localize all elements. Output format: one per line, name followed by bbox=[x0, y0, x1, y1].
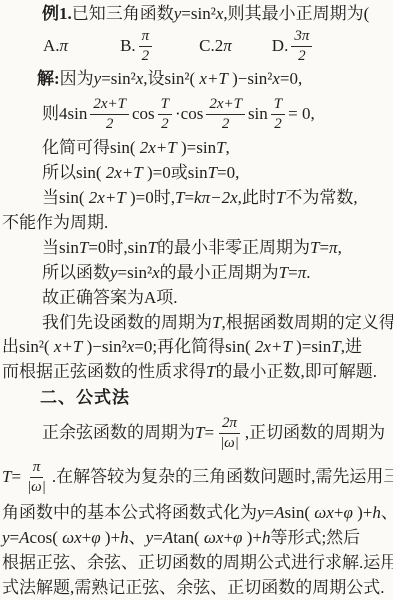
text-run: =sin² bbox=[101, 70, 136, 89]
text-run: )+ bbox=[101, 529, 121, 548]
fraction-numerator: π bbox=[139, 28, 153, 47]
math-variable: y bbox=[94, 70, 102, 89]
math-variable: y bbox=[146, 529, 154, 548]
text-run: = bbox=[265, 504, 275, 523]
text-run: =0时,sin bbox=[88, 239, 147, 258]
text-run: 、 bbox=[129, 529, 146, 548]
text-run: 不能作为周期. bbox=[2, 214, 108, 233]
text-run: = bbox=[288, 264, 298, 283]
fraction: π2 bbox=[139, 28, 153, 65]
fraction: 2x+T2 bbox=[90, 96, 129, 133]
text-run: = bbox=[319, 239, 329, 258]
option-spacer bbox=[155, 46, 199, 47]
math-variable: h bbox=[120, 529, 129, 548]
math-variable: T bbox=[79, 239, 88, 258]
options-row: A.πB.π2C.2πD.3π2 bbox=[0, 26, 393, 66]
body-line: T=π|ω|.在解答较为复杂的三角函数问题时,需先运用三 bbox=[0, 455, 393, 500]
math-variable: ωx bbox=[204, 529, 224, 548]
fraction-numerator: T bbox=[158, 96, 172, 115]
text-run: )=sin bbox=[292, 338, 331, 357]
math-variable: x+T bbox=[199, 70, 227, 89]
text-run: ,进 bbox=[341, 338, 362, 357]
text-run: =sin² bbox=[118, 264, 153, 283]
fraction: 2π|ω| bbox=[217, 415, 242, 452]
fraction-denominator: 2 bbox=[271, 115, 285, 133]
math-variable: A bbox=[274, 504, 284, 523]
math-variable: kπ−2x bbox=[194, 189, 238, 208]
text-run: )+ bbox=[353, 504, 373, 523]
body-line: 角函数中的基本公式将函数式化为y=Asin( ωx+φ )+h、 bbox=[0, 500, 393, 526]
solution-equation-line: 则4sin2x+T2cosT2·cos2x+T2sinT2= 0, bbox=[0, 92, 393, 136]
fraction: 3π2 bbox=[291, 28, 312, 65]
solution-line: 解:因为y=sin²x,设sin²( x+T )−sin²x=0, bbox=[0, 66, 393, 92]
math-variable: T bbox=[279, 264, 288, 283]
math-variable: h bbox=[262, 529, 271, 548]
text-run: ,根据函数周期的定义得 bbox=[221, 314, 393, 333]
math-variable: π bbox=[329, 239, 338, 258]
math-variable: y bbox=[2, 529, 10, 548]
text-run: 因为 bbox=[60, 70, 94, 89]
text-run: 故正确答案为A项. bbox=[42, 289, 178, 308]
math-variable: A bbox=[163, 529, 173, 548]
math-variable: T bbox=[175, 189, 184, 208]
math-variable: A bbox=[19, 529, 29, 548]
text-run: 不为常数, bbox=[285, 189, 357, 208]
emphasis-text: 解: bbox=[37, 70, 60, 89]
solution-line: 所以sin( 2x+T )=0或sinT=0, bbox=[0, 161, 393, 186]
math-variable: x bbox=[272, 70, 280, 89]
math-variable: φ bbox=[91, 529, 100, 548]
math-variable: T bbox=[208, 164, 217, 183]
text-run: ·cos bbox=[175, 105, 203, 124]
text-run: cos( bbox=[30, 529, 63, 548]
fraction-numerator: 2x+T bbox=[206, 96, 245, 115]
fraction: T2 bbox=[271, 96, 285, 133]
text-run: 的最小正数,即可解题. bbox=[215, 363, 377, 382]
solution-line: 当sin( 2x+T )=0时,T=kπ−2x,此时T不为常数, bbox=[0, 186, 393, 211]
text-run: =0, bbox=[217, 164, 239, 183]
text-run: = bbox=[10, 529, 20, 548]
math-variable: T bbox=[206, 363, 215, 382]
text-run: =sin² bbox=[181, 5, 216, 24]
math-variable: π bbox=[223, 37, 232, 56]
text-run: ,正切函数的周期为 bbox=[245, 424, 385, 443]
math-variable: 2x+T bbox=[106, 164, 143, 183]
fraction-denominator: |ω| bbox=[24, 478, 49, 496]
text-run: = bbox=[184, 189, 194, 208]
document-body: 例1.已知三角函数y=sin²x,则其最小正周期为( ).A.πB.π2C.2π… bbox=[0, 2, 393, 600]
math-variable: φ bbox=[233, 529, 242, 548]
text-run: , bbox=[226, 139, 230, 158]
text-run: 所以函数 bbox=[42, 264, 110, 283]
text-run: C.2 bbox=[199, 37, 223, 56]
text-run: sin bbox=[248, 105, 268, 124]
fraction: π|ω| bbox=[24, 459, 49, 496]
text-run: cos bbox=[132, 105, 155, 124]
solution-line: 所以函数y=sin²x的最小正周期为T=π. bbox=[0, 261, 393, 286]
text-run: 则4sin bbox=[42, 105, 87, 124]
math-variable: T bbox=[276, 189, 285, 208]
math-variable: x bbox=[136, 70, 144, 89]
fraction-denominator: 2 bbox=[139, 47, 153, 65]
text-run: 当sin( bbox=[42, 189, 89, 208]
text-run: 的最小非零正周期为 bbox=[157, 239, 310, 258]
text-run: 根据正弦、余弦、正切函数的周期公式进行求解.运用公 bbox=[2, 554, 393, 573]
text-run: B. bbox=[120, 37, 136, 56]
text-run: 而根据正弦函数的性质求得 bbox=[2, 363, 206, 382]
text-run: ,设sin²( bbox=[143, 70, 199, 89]
math-variable: x bbox=[216, 5, 224, 24]
math-variable: x bbox=[152, 264, 160, 283]
text-run: )=0时, bbox=[126, 189, 175, 208]
fraction-numerator: π bbox=[30, 459, 44, 478]
text-run: tan( bbox=[173, 529, 204, 548]
solution-conclusion-line: 故正确答案为A项. bbox=[0, 286, 393, 311]
text-run: 的最小正周期为 bbox=[160, 264, 279, 283]
body-line: 式法解题,需熟记正弦、余弦、正切函数的周期公式. bbox=[0, 576, 393, 600]
text-run: + bbox=[334, 504, 344, 523]
body-line: 根据正弦、余弦、正切函数的周期公式进行求解.运用公 bbox=[0, 551, 393, 576]
text-run: . bbox=[306, 264, 310, 283]
text-run: )=sin bbox=[177, 139, 216, 158]
text-run: )=0或sin bbox=[143, 164, 208, 183]
fraction-numerator: 2π bbox=[219, 415, 240, 434]
text-run: 已知三角函数 bbox=[72, 5, 174, 24]
text-run: 、 bbox=[381, 504, 393, 523]
math-variable: T bbox=[2, 468, 11, 487]
fraction-denominator: 2 bbox=[295, 47, 309, 65]
text-run: A. bbox=[43, 37, 60, 56]
text-run: sin( bbox=[285, 504, 315, 523]
text-run: 正余弦函数的周期为 bbox=[42, 424, 195, 443]
math-variable: 2x+T bbox=[140, 139, 177, 158]
text-run: + bbox=[223, 529, 233, 548]
text-run: 我们先设函数的周期为 bbox=[42, 314, 212, 333]
section-heading: 二、公式法 bbox=[0, 385, 393, 411]
text-run: 角函数中的基本公式将函数式化为 bbox=[2, 504, 257, 523]
text-run: =0, bbox=[280, 70, 302, 89]
option-spacer bbox=[232, 46, 272, 47]
math-variable: 2x+T bbox=[255, 338, 292, 357]
text-run: 出sin²( bbox=[2, 338, 54, 357]
text-run: 当sin bbox=[42, 239, 79, 258]
math-variable: π bbox=[60, 37, 69, 56]
solution-line: 化简可得sin( 2x+T )=sinT, bbox=[0, 136, 393, 161]
fraction-numerator: 3π bbox=[291, 28, 312, 47]
text-run: + bbox=[82, 529, 92, 548]
text-run: =0;再化简得sin( bbox=[134, 338, 255, 357]
text-run: 所以sin( bbox=[42, 164, 106, 183]
math-variable: T bbox=[195, 424, 204, 443]
text-run: D. bbox=[272, 37, 289, 56]
math-variable: x bbox=[127, 338, 135, 357]
body-line: 正余弦函数的周期为T=2π|ω|,正切函数的周期为 bbox=[0, 411, 393, 455]
text-run: 化简可得sin( bbox=[42, 139, 140, 158]
text-run: ,则其最小正周期为( ). bbox=[223, 5, 393, 24]
math-variable: T bbox=[212, 314, 221, 333]
text-run: )−sin² bbox=[228, 70, 272, 89]
math-variable: T bbox=[148, 239, 157, 258]
solution-line: 当sinT=0时,sinT的最小非零正周期为T=π, bbox=[0, 236, 393, 261]
option-spacer bbox=[68, 46, 120, 47]
fraction-denominator: |ω| bbox=[217, 434, 242, 452]
math-variable: y bbox=[174, 5, 182, 24]
text-run: , bbox=[338, 239, 342, 258]
text-run: )+ bbox=[242, 529, 262, 548]
analysis-line: 我们先设函数的周期为T,根据函数周期的定义得 bbox=[0, 311, 393, 335]
math-variable: y bbox=[110, 264, 118, 283]
fraction-denominator: 2 bbox=[219, 115, 233, 133]
text-run: = bbox=[153, 529, 163, 548]
emphasis-text: 例1. bbox=[42, 5, 72, 24]
math-variable: h bbox=[372, 504, 381, 523]
emphasis-text: 二、公式法 bbox=[40, 389, 130, 408]
fraction-numerator: 2x+T bbox=[90, 96, 129, 115]
math-variable: ωx bbox=[314, 504, 334, 523]
math-variable: 2x+T bbox=[89, 189, 126, 208]
math-variable: φ bbox=[343, 504, 352, 523]
math-variable: T bbox=[216, 139, 225, 158]
fraction-denominator: 2 bbox=[158, 115, 172, 133]
body-line: y=Acos( ωx+φ )+h、y=Atan( ωx+φ )+h等形式;然后 bbox=[0, 526, 393, 551]
solution-line: 不能作为周期. bbox=[0, 211, 393, 236]
fraction: T2 bbox=[158, 96, 172, 133]
text-run: )−sin² bbox=[82, 338, 126, 357]
fraction-denominator: 2 bbox=[103, 115, 117, 133]
fraction: 2x+T2 bbox=[206, 96, 245, 133]
text-run: .在解答较为复杂的三角函数问题时,需先运用三 bbox=[52, 468, 393, 487]
math-variable: T bbox=[310, 239, 319, 258]
math-variable: T bbox=[331, 338, 340, 357]
math-variable: π bbox=[298, 264, 307, 283]
fraction-numerator: T bbox=[271, 96, 285, 115]
page: 例1.已知三角函数y=sin²x,则其最小正周期为( ).A.πB.π2C.2π… bbox=[0, 0, 393, 600]
math-variable: x+T bbox=[54, 338, 82, 357]
text-run: = 0, bbox=[288, 105, 315, 124]
math-variable: y bbox=[257, 504, 265, 523]
analysis-line: 而根据正弦函数的性质求得T的最小正数,即可解题. bbox=[0, 360, 393, 385]
math-variable: ωx bbox=[62, 529, 82, 548]
text-run: = bbox=[11, 468, 21, 487]
text-run: 等形式;然后 bbox=[270, 529, 360, 548]
text-run: = bbox=[204, 424, 214, 443]
text-run: 式法解题,需熟记正弦、余弦、正切函数的周期公式. bbox=[2, 579, 385, 598]
problem-statement: 例1.已知三角函数y=sin²x,则其最小正周期为( ). bbox=[0, 2, 393, 26]
analysis-line: 出sin²( x+T )−sin²x=0;再化简得sin( 2x+T )=sin… bbox=[0, 335, 393, 360]
text-run: ,此时 bbox=[238, 189, 276, 208]
